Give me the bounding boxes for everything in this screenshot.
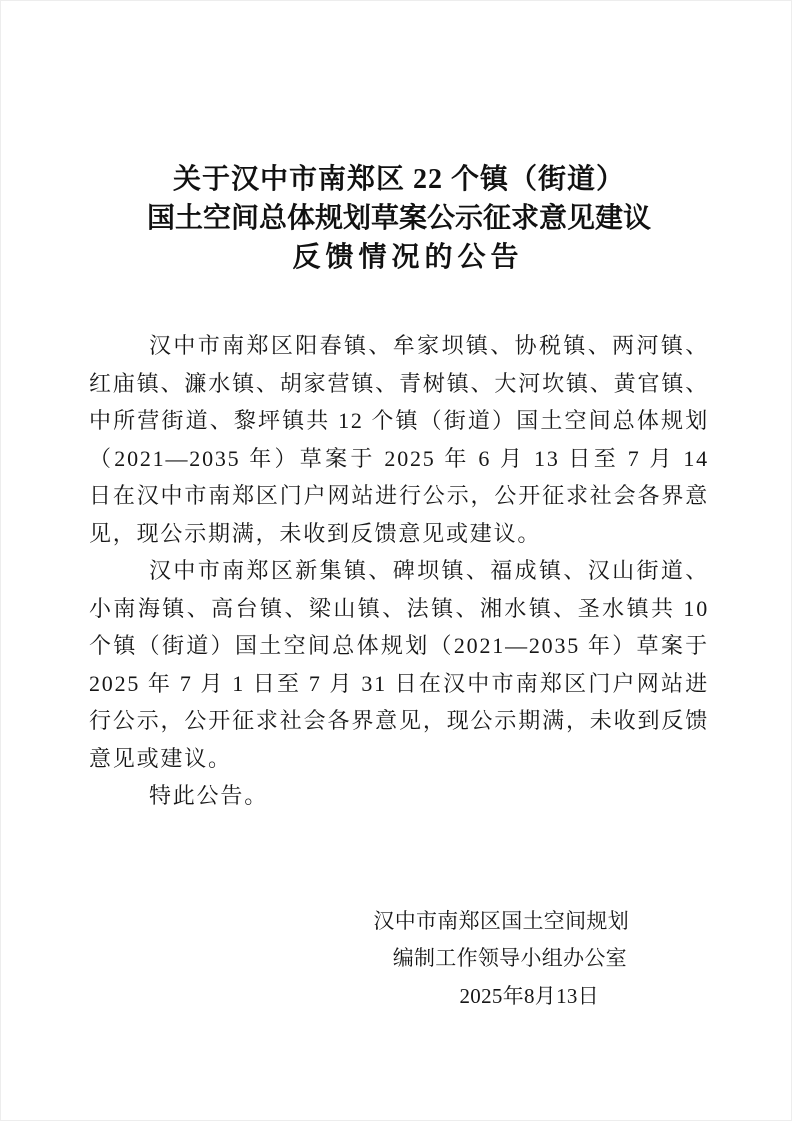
signature-date: 2025年8月13日	[89, 978, 709, 1016]
paragraph-first-batch: 汉中市南郑区阳春镇、牟家坝镇、协税镇、两河镇、红庙镇、濂水镇、胡家营镇、青树镇、…	[89, 327, 709, 552]
document-page: 关于汉中市南郑区 22 个镇（街道） 国土空间总体规划草案公示征求意见建议 反馈…	[0, 0, 792, 1121]
title-line-2: 国土空间总体规划草案公示征求意见建议	[89, 199, 709, 238]
document-body: 汉中市南郑区阳春镇、牟家坝镇、协税镇、两河镇、红庙镇、濂水镇、胡家营镇、青树镇、…	[89, 327, 709, 815]
paragraph-second-batch: 汉中市南郑区新集镇、碑坝镇、福成镇、汉山街道、小南海镇、高台镇、梁山镇、法镇、湘…	[89, 552, 709, 777]
title-line-3: 反馈情况的公告	[89, 238, 709, 277]
paragraph-closing: 特此公告。	[89, 777, 709, 815]
signature-block: 汉中市南郑区国土空间规划 编制工作领导小组办公室 2025年8月13日	[89, 903, 709, 1016]
title-line-1: 关于汉中市南郑区 22 个镇（街道）	[89, 160, 709, 199]
document-title: 关于汉中市南郑区 22 个镇（街道） 国土空间总体规划草案公示征求意见建议 反馈…	[89, 160, 709, 277]
signature-org-line-2: 编制工作领导小组办公室	[89, 940, 709, 978]
signature-org-line-1: 汉中市南郑区国土空间规划	[89, 903, 709, 941]
